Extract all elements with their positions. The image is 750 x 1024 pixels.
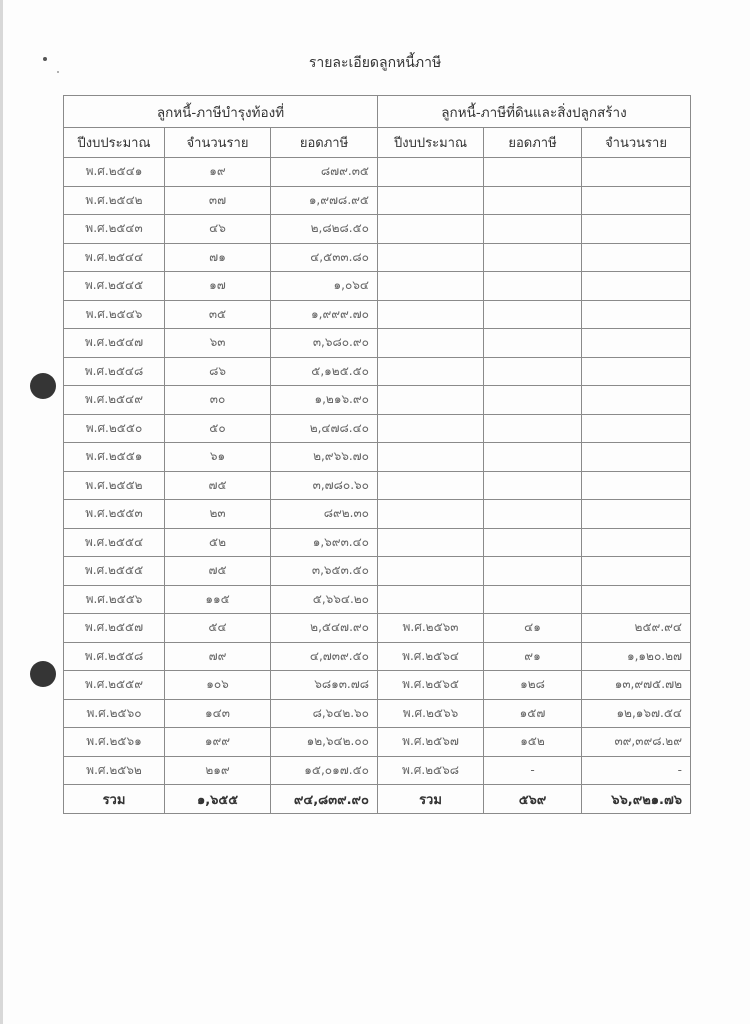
row-land-tax: ๑๒๘ [484, 671, 582, 700]
row-land-count [582, 414, 691, 443]
row-local-tax: ๘๗๙.๓๕ [271, 158, 378, 187]
table-row: พ.ศ.๒๕๕๖๑๑๕๕,๖๖๔.๒๐ [64, 585, 691, 614]
total-local-tax: ๙๔,๘๓๙.๙๐ [271, 785, 378, 814]
row-land-tax [484, 557, 582, 586]
col-header-year: ปีงบประมาณ [378, 128, 484, 158]
row-local-tax: ๒,๘๒๘.๕๐ [271, 215, 378, 244]
row-land-year [378, 300, 484, 329]
row-land-count [582, 443, 691, 472]
row-land-tax: ๑๕๒ [484, 728, 582, 757]
row-local-year: พ.ศ.๒๕๖๒ [64, 756, 165, 785]
table-row: พ.ศ.๒๕๔๑๑๙๘๗๙.๓๕ [64, 158, 691, 187]
page-title: รายละเอียดลูกหนี้ภาษี [0, 52, 750, 74]
row-land-count: ๑,๑๒๐.๒๗ [582, 642, 691, 671]
row-land-tax [484, 357, 582, 386]
row-land-tax [484, 300, 582, 329]
row-land-tax [484, 272, 582, 301]
total-row: รวม ๑,๖๕๕ ๙๔,๘๓๙.๙๐ รวม ๕๖๙ ๖๖,๙๒๑.๗๖ [64, 785, 691, 814]
row-local-count: ๗๑ [165, 243, 271, 272]
row-local-count: ๑๗ [165, 272, 271, 301]
row-local-tax: ๔,๗๓๙.๕๐ [271, 642, 378, 671]
row-local-tax: ๔,๕๓๓.๘๐ [271, 243, 378, 272]
row-local-tax: ๑๒,๖๔๒.๐๐ [271, 728, 378, 757]
row-local-count: ๓๕ [165, 300, 271, 329]
row-land-count [582, 243, 691, 272]
row-land-year: พ.ศ.๒๕๖๔ [378, 642, 484, 671]
row-land-count: ๑๓,๙๗๕.๗๒ [582, 671, 691, 700]
row-land-year [378, 414, 484, 443]
row-land-tax [484, 329, 582, 358]
row-local-year: พ.ศ.๒๕๕๖ [64, 585, 165, 614]
table-row: พ.ศ.๒๕๕๔๕๒๑,๖๙๓.๔๐ [64, 528, 691, 557]
row-local-year: พ.ศ.๒๕๖๐ [64, 699, 165, 728]
row-local-year: พ.ศ.๒๕๕๐ [64, 414, 165, 443]
row-land-year [378, 158, 484, 187]
row-land-count [582, 272, 691, 301]
row-local-tax: ๒,๕๔๗.๙๐ [271, 614, 378, 643]
row-land-count: - [582, 756, 691, 785]
row-land-year: พ.ศ.๒๕๖๓ [378, 614, 484, 643]
row-land-tax [484, 414, 582, 443]
total-local-count: ๑,๖๕๕ [165, 785, 271, 814]
row-local-year: พ.ศ.๒๕๔๖ [64, 300, 165, 329]
row-local-year: พ.ศ.๒๕๕๒ [64, 471, 165, 500]
row-local-year: พ.ศ.๒๕๕๑ [64, 443, 165, 472]
row-local-tax: ๘,๖๔๒.๖๐ [271, 699, 378, 728]
row-land-tax: ๑๕๗ [484, 699, 582, 728]
row-land-tax [484, 443, 582, 472]
row-local-count: ๑๔๓ [165, 699, 271, 728]
row-local-year: พ.ศ.๒๕๕๘ [64, 642, 165, 671]
table-row: พ.ศ.๒๕๕๗๕๔๒,๕๔๗.๙๐พ.ศ.๒๕๖๓๔๑๒๕๙.๙๔ [64, 614, 691, 643]
row-land-tax [484, 215, 582, 244]
row-local-tax: ๕,๑๒๕.๕๐ [271, 357, 378, 386]
row-local-count: ๑๐๖ [165, 671, 271, 700]
row-land-count: ๑๒,๑๖๗.๕๔ [582, 699, 691, 728]
col-header-count: จำนวนราย [165, 128, 271, 158]
row-local-year: พ.ศ.๒๕๔๑ [64, 158, 165, 187]
row-local-count: ๘๖ [165, 357, 271, 386]
row-local-tax: ๑,๙๗๘.๙๕ [271, 186, 378, 215]
page-edge [0, 0, 3, 1024]
table-row: พ.ศ.๒๕๕๕๗๕๓,๖๕๓.๕๐ [64, 557, 691, 586]
col-header-count: จำนวนราย [582, 128, 691, 158]
row-local-tax: ๑,๖๙๓.๔๐ [271, 528, 378, 557]
punch-hole [30, 661, 56, 687]
row-land-count [582, 329, 691, 358]
total-land-tax: ๕๖๙ [484, 785, 582, 814]
row-land-tax [484, 585, 582, 614]
row-local-year: พ.ศ.๒๕๔๕ [64, 272, 165, 301]
row-land-year [378, 471, 484, 500]
row-land-year [378, 243, 484, 272]
row-local-tax: ๒,๔๗๘.๔๐ [271, 414, 378, 443]
row-land-year [378, 557, 484, 586]
table-row: พ.ศ.๒๕๔๕๑๗๑,๐๖๔ [64, 272, 691, 301]
row-local-count: ๒๓ [165, 500, 271, 529]
row-land-count: ๒๕๙.๙๔ [582, 614, 691, 643]
row-land-count [582, 471, 691, 500]
row-land-year [378, 357, 484, 386]
row-local-tax: ๖๘๑๓.๗๘ [271, 671, 378, 700]
row-local-count: ๕๒ [165, 528, 271, 557]
row-land-count [582, 300, 691, 329]
row-land-year [378, 272, 484, 301]
row-land-tax [484, 471, 582, 500]
row-land-count [582, 528, 691, 557]
row-local-year: พ.ศ.๒๕๔๒ [64, 186, 165, 215]
row-local-tax: ๓,๖๘๐.๙๐ [271, 329, 378, 358]
table-row: พ.ศ.๒๕๔๔๗๑๔,๕๓๓.๘๐ [64, 243, 691, 272]
row-local-count: ๗๕ [165, 557, 271, 586]
row-local-count: ๓๗ [165, 186, 271, 215]
row-land-tax [484, 243, 582, 272]
tax-debtor-table: ลูกหนี้-ภาษีบำรุงท้องที่ ลูกหนี้-ภาษีที่… [63, 95, 691, 814]
total-label: รวม [378, 785, 484, 814]
row-local-count: ๕๐ [165, 414, 271, 443]
row-local-tax: ๓,๗๘๐.๖๐ [271, 471, 378, 500]
row-local-tax: ๓,๖๕๓.๕๐ [271, 557, 378, 586]
row-local-count: ๖๑ [165, 443, 271, 472]
row-land-count [582, 158, 691, 187]
row-land-count [582, 186, 691, 215]
row-local-year: พ.ศ.๒๕๔๓ [64, 215, 165, 244]
row-local-year: พ.ศ.๒๕๕๕ [64, 557, 165, 586]
row-local-year: พ.ศ.๒๕๕๔ [64, 528, 165, 557]
row-land-year [378, 528, 484, 557]
row-local-tax: ๕,๖๖๔.๒๐ [271, 585, 378, 614]
row-local-year: พ.ศ.๒๕๕๙ [64, 671, 165, 700]
row-land-count [582, 215, 691, 244]
row-land-tax: ๔๑ [484, 614, 582, 643]
row-local-count: ๓๐ [165, 386, 271, 415]
col-header-tax: ยอดภาษี [484, 128, 582, 158]
table-row: พ.ศ.๒๕๕๙๑๐๖๖๘๑๓.๗๘พ.ศ.๒๕๖๕๑๒๘๑๓,๙๗๕.๗๒ [64, 671, 691, 700]
row-local-tax: ๒,๙๖๖.๗๐ [271, 443, 378, 472]
table-row: พ.ศ.๒๕๔๓๔๖๒,๘๒๘.๕๐ [64, 215, 691, 244]
table-row: พ.ศ.๒๕๔๖๓๕๑,๙๙๙.๗๐ [64, 300, 691, 329]
total-land-count: ๖๖,๙๒๑.๗๖ [582, 785, 691, 814]
row-local-count: ๑๙๙ [165, 728, 271, 757]
row-land-tax [484, 158, 582, 187]
table-row: พ.ศ.๒๕๖๑๑๙๙๑๒,๖๔๒.๐๐พ.ศ.๒๕๖๗๑๕๒๓๙,๓๙๘.๒๙ [64, 728, 691, 757]
row-land-year: พ.ศ.๒๕๖๘ [378, 756, 484, 785]
row-land-year: พ.ศ.๒๕๖๗ [378, 728, 484, 757]
row-local-count: ๑๙ [165, 158, 271, 187]
table-row: พ.ศ.๒๕๖๐๑๔๓๘,๖๔๒.๖๐พ.ศ.๒๕๖๖๑๕๗๑๒,๑๖๗.๕๔ [64, 699, 691, 728]
row-local-tax: ๑,๐๖๔ [271, 272, 378, 301]
row-local-tax: ๑๕,๐๑๗.๕๐ [271, 756, 378, 785]
table-row: พ.ศ.๒๕๔๗๖๓๓,๖๘๐.๙๐ [64, 329, 691, 358]
row-land-tax [484, 186, 582, 215]
row-land-tax: - [484, 756, 582, 785]
row-local-count: ๖๓ [165, 329, 271, 358]
row-land-tax [484, 500, 582, 529]
row-local-year: พ.ศ.๒๕๔๔ [64, 243, 165, 272]
table-row: พ.ศ.๒๕๕๘๗๙๔,๗๓๙.๕๐พ.ศ.๒๕๖๔๙๑๑,๑๒๐.๒๗ [64, 642, 691, 671]
row-local-tax: ๘๙๒.๓๐ [271, 500, 378, 529]
row-land-year [378, 443, 484, 472]
row-local-year: พ.ศ.๒๕๔๘ [64, 357, 165, 386]
row-local-count: ๗๕ [165, 471, 271, 500]
row-land-count: ๓๙,๓๙๘.๒๙ [582, 728, 691, 757]
row-land-count [582, 585, 691, 614]
row-land-year [378, 215, 484, 244]
row-land-year [378, 186, 484, 215]
row-land-year [378, 585, 484, 614]
row-local-tax: ๑,๙๙๙.๗๐ [271, 300, 378, 329]
table-row: พ.ศ.๒๕๖๒๒๑๙๑๕,๐๑๗.๕๐พ.ศ.๒๕๖๘-- [64, 756, 691, 785]
table-row: พ.ศ.๒๕๔๒๓๗๑,๙๗๘.๙๕ [64, 186, 691, 215]
row-local-count: ๔๖ [165, 215, 271, 244]
row-land-tax [484, 528, 582, 557]
row-land-count [582, 357, 691, 386]
row-local-year: พ.ศ.๒๕๕๗ [64, 614, 165, 643]
row-land-year [378, 386, 484, 415]
punch-hole [30, 373, 56, 399]
row-local-tax: ๑,๒๑๖.๙๐ [271, 386, 378, 415]
table-row: พ.ศ.๒๕๕๐๕๐๒,๔๗๘.๔๐ [64, 414, 691, 443]
row-land-count [582, 557, 691, 586]
table-row: พ.ศ.๒๕๕๒๗๕๓,๗๘๐.๖๐ [64, 471, 691, 500]
col-header-tax: ยอดภาษี [271, 128, 378, 158]
group-header-local-tax: ลูกหนี้-ภาษีบำรุงท้องที่ [64, 96, 378, 128]
table-row: พ.ศ.๒๕๕๑๖๑๒,๙๖๖.๗๐ [64, 443, 691, 472]
row-local-year: พ.ศ.๒๕๕๓ [64, 500, 165, 529]
table-row: พ.ศ.๒๕๔๙๓๐๑,๒๑๖.๙๐ [64, 386, 691, 415]
group-header-land-tax: ลูกหนี้-ภาษีที่ดินและสิ่งปลูกสร้าง [378, 96, 691, 128]
row-land-year: พ.ศ.๒๕๖๖ [378, 699, 484, 728]
row-land-year [378, 329, 484, 358]
row-land-tax: ๙๑ [484, 642, 582, 671]
row-local-count: ๕๔ [165, 614, 271, 643]
table-row: พ.ศ.๒๕๔๘๘๖๕,๑๒๕.๕๐ [64, 357, 691, 386]
table-row: พ.ศ.๒๕๕๓๒๓๘๙๒.๓๐ [64, 500, 691, 529]
row-local-year: พ.ศ.๒๕๖๑ [64, 728, 165, 757]
row-local-count: ๑๑๕ [165, 585, 271, 614]
row-land-tax [484, 386, 582, 415]
row-local-year: พ.ศ.๒๕๔๙ [64, 386, 165, 415]
total-label: รวม [64, 785, 165, 814]
row-local-count: ๒๑๙ [165, 756, 271, 785]
col-header-year: ปีงบประมาณ [64, 128, 165, 158]
row-land-count [582, 386, 691, 415]
row-land-count [582, 500, 691, 529]
row-local-year: พ.ศ.๒๕๔๗ [64, 329, 165, 358]
row-land-year [378, 500, 484, 529]
row-local-count: ๗๙ [165, 642, 271, 671]
row-land-year: พ.ศ.๒๕๖๕ [378, 671, 484, 700]
